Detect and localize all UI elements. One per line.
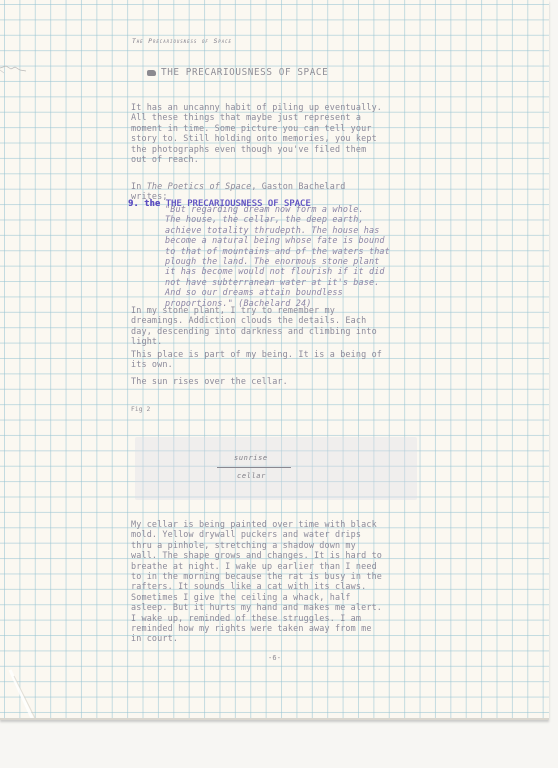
figure-bottom-text: cellar	[237, 472, 266, 480]
overtyped-heading: 9. the THE PRECARIOUSNESS OF SPACE	[128, 199, 311, 209]
chapter-title: THE PRECARIOUSNESS OF SPACE	[147, 67, 328, 78]
figure-sunrise-cellar: sunrise cellar	[135, 437, 417, 500]
overtype-text: THE PRECARIOUSNESS OF SPACE	[166, 199, 311, 209]
citation-prefix: In	[131, 181, 147, 191]
page-number: -6-	[268, 654, 281, 662]
chapter-title-text: THE PRECARIOUSNESS OF SPACE	[161, 67, 328, 78]
torn-edge-mark	[0, 62, 28, 76]
figure-label: Fig 2	[131, 406, 150, 413]
overtype-number: 9.	[128, 199, 139, 209]
bullet-icon	[147, 70, 156, 76]
figure-divider-line	[217, 467, 291, 468]
paper-crease	[8, 640, 48, 720]
paragraph-intro: It has an uncanny habit of piling up eve…	[131, 102, 431, 164]
figure-top-text: sunrise	[234, 454, 268, 462]
paragraph-cellar: My cellar is being painted over time wit…	[131, 519, 431, 644]
book-title: The Poetics of Space	[147, 181, 252, 191]
scanned-page: The Precariousness of Space THE PRECARIO…	[0, 0, 558, 768]
block-quote: "But regarding dream now form a whole. T…	[165, 204, 445, 308]
overtype-smudge: the	[144, 199, 160, 209]
paragraph-sun-rises: The sun rises over the cellar.	[131, 376, 431, 386]
citation-suffix: , Gaston Bachelard	[251, 181, 345, 191]
running-head: The Precariousness of Space	[132, 38, 232, 45]
paragraph-being: This place is part of my being. It is a …	[131, 349, 431, 370]
paragraph-stone-plant: In my stone plant, I try to remember my …	[131, 305, 431, 347]
graph-paper-sheet: The Precariousness of Space THE PRECARIO…	[0, 0, 549, 720]
